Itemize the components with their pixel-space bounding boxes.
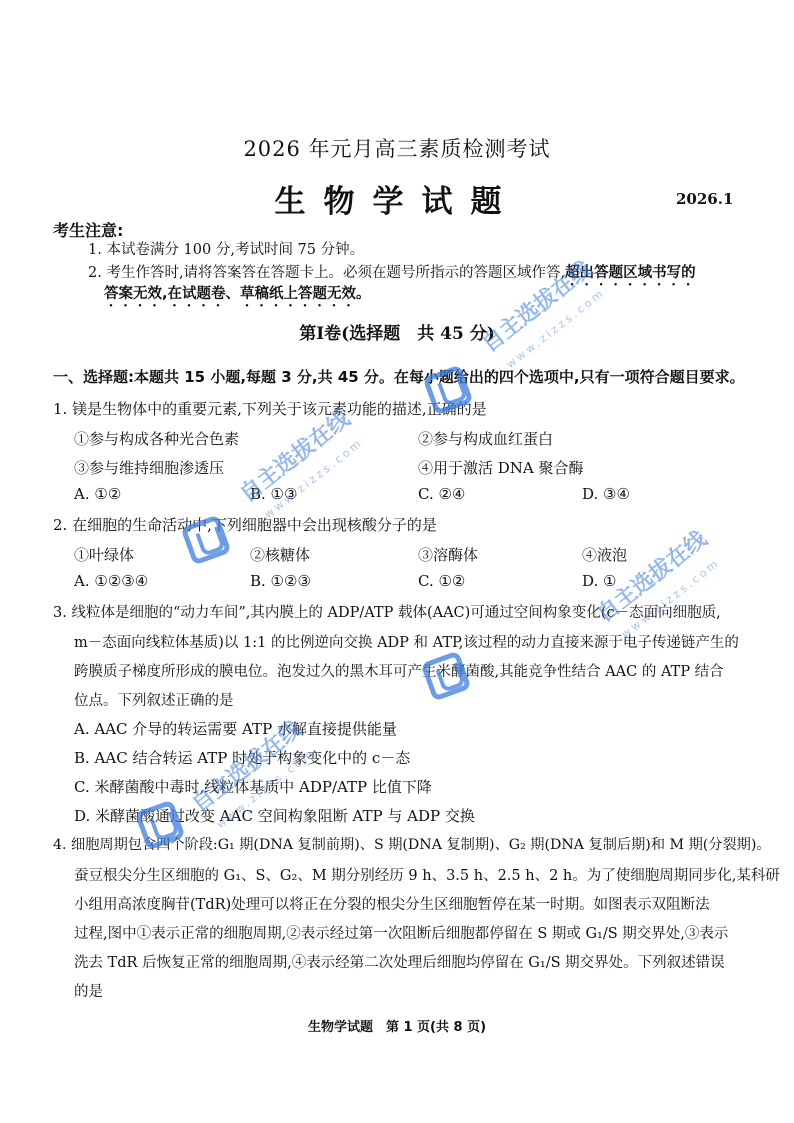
question-1-choice-c[interactable]: C. ②④ — [418, 485, 465, 503]
question-1-item-3: ③参与维持细胞渗透压 — [74, 457, 224, 478]
question-1-stem: 1. 镁是生物体中的重要元素,下列关于该元素功能的描述,正确的是 — [53, 398, 487, 419]
question-2-choice-d[interactable]: D. ① — [582, 572, 616, 590]
question-2-item-1: ①叶绿体 — [74, 544, 134, 565]
question-4-stem-line-1: 4. 细胞周期包含四个阶段:G₁ 期(DNA 复制前期)、S 期(DNA 复制期… — [53, 834, 771, 854]
question-4-stem-line-3: 小组用高浓度胸苷(TdR)处理可以将正在分裂的根尖分生区细胞暂停在某一时期。如图… — [74, 893, 710, 914]
exam-title: 2026 年元月高三素质检测考试 — [0, 133, 794, 163]
question-4-stem-line-6: 的是 — [74, 980, 103, 1001]
question-2-choice-a[interactable]: A. ①②③④ — [74, 572, 148, 590]
question-4-stem-line-4: 过程,图中①表示正常的细胞周期,②表示经过第一次阻断后细胞都停留在 S 期或 G… — [74, 922, 728, 943]
page-footer: 生物学试题 第 1 页(共 8 页) — [0, 1016, 794, 1035]
watermark-url: www.zizzs.com — [262, 436, 366, 521]
notice-item-2-emphasis: 超出答题区域书写的 — [565, 265, 696, 281]
question-3-stem-line-4: 位点。下列叙述正确的是 — [74, 689, 234, 710]
notice-item-2-text: 2. 考生作答时,请将答案答在答题卡上。必须在题号所指示的答题区域作答, — [88, 265, 565, 281]
question-4-stem-line-5: 洗去 TdR 后恢复正常的细胞周期,④表示经第二次处理后细胞均停留在 G₁/S … — [74, 951, 725, 972]
question-1-item-1: ①参与构成各种光合色素 — [74, 428, 239, 449]
question-1-choice-b[interactable]: B. ①③ — [250, 485, 297, 503]
question-2-item-3: ③溶酶体 — [418, 544, 478, 565]
question-3-choice-d[interactable]: D. 米酵菌酸通过改变 AAC 空间构象阻断 ATP 与 ADP 交换 — [74, 805, 475, 826]
question-1-choice-d[interactable]: D. ③④ — [582, 485, 630, 503]
question-3-choice-b[interactable]: B. AAC 结合转运 ATP 时处于构象变化中的 c－态 — [74, 747, 410, 768]
subject-title: 生物学试题 — [0, 176, 794, 221]
question-1-item-2: ②参与构成血红蛋白 — [418, 428, 553, 449]
part-heading: 一、选择题:本题共 15 小题,每题 3 分,共 45 分。在每小题给出的四个选… — [53, 366, 745, 387]
question-2-choice-c[interactable]: C. ①② — [418, 572, 465, 590]
question-3-choice-a[interactable]: A. AAC 介导的转运需要 ATP 水解直接提供能量 — [74, 718, 397, 739]
question-2-item-4: ④液泡 — [582, 544, 627, 565]
section-title: 第Ⅰ卷(选择题 共 45 分) — [0, 319, 794, 344]
watermark-url: www.zizzs.com — [619, 556, 723, 641]
question-3-choice-c[interactable]: C. 米酵菌酸中毒时,线粒体基质中 ADP/ATP 比值下降 — [74, 776, 432, 797]
question-3-stem-line-2: m－态面向线粒体基质)以 1:1 的比例逆向交换 ADP 和 ATP,该过程的动… — [74, 631, 739, 652]
notice-item-2-continued: 答案无效,在试题卷、草稿纸上答题无效。 — [104, 282, 371, 310]
question-2-item-2: ②核糖体 — [250, 544, 310, 565]
question-3-stem-line-3: 跨膜质子梯度所形成的膜电位。泡发过久的黑木耳可产生米酵菌酸,其能竞争性结合 AA… — [74, 660, 724, 681]
question-2-choice-b[interactable]: B. ①②③ — [250, 572, 311, 590]
question-1-item-4: ④用于激活 DNA 聚合酶 — [418, 457, 584, 478]
question-3-stem-line-1: 3. 线粒体是细胞的“动力车间”,其内膜上的 ADP/ATP 载体(AAC)可通… — [53, 601, 721, 622]
question-1-choice-a[interactable]: A. ①② — [74, 485, 121, 503]
question-2-stem: 2. 在细胞的生命活动中,下列细胞器中会出现核酸分子的是 — [53, 514, 437, 535]
exam-date: 2026.1 — [676, 190, 733, 208]
notice-item-1: 1. 本试卷满分 100 分,考试时间 75 分钟。 — [88, 238, 364, 259]
question-4-stem-line-2: 蚕豆根尖分生区细胞的 G₁、S、G₂、M 期分别经历 9 h、3.5 h、2.5… — [74, 864, 780, 885]
